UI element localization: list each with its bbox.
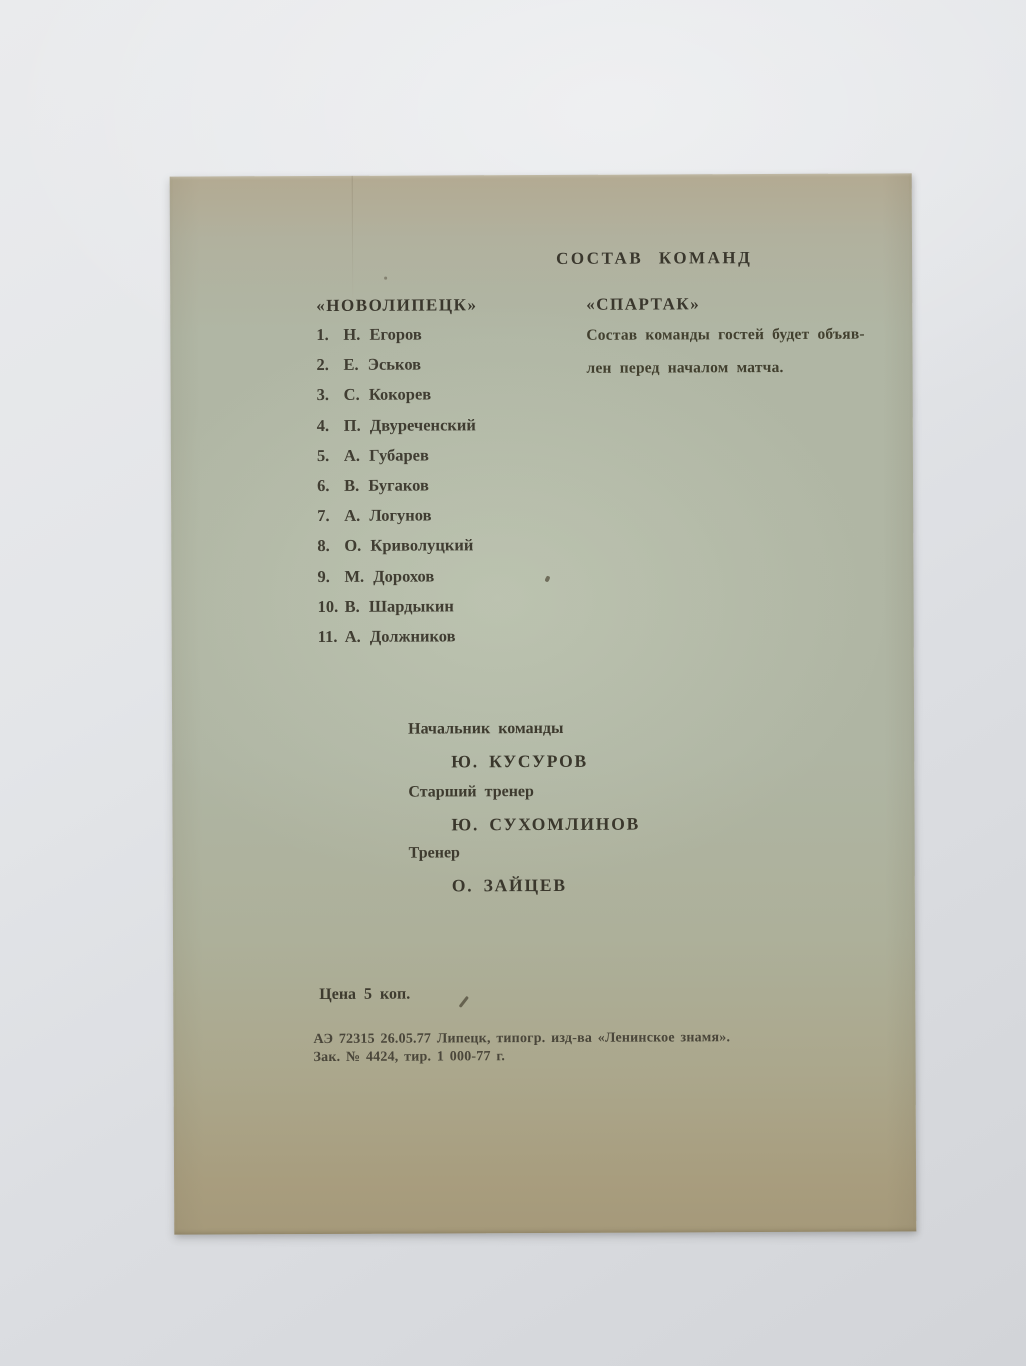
staff-role-manager: Начальник команды (408, 720, 563, 739)
player-number: 11. (318, 622, 345, 652)
player-number: 7. (317, 501, 344, 531)
player-number: 3. (317, 380, 344, 410)
imprint-line2: Зак. № 4424, тир. 1 000-77 г. (314, 1049, 506, 1066)
home-team-roster: 1.Н. Егоров 2.Е. Эськов 3.С. Кокорев 4.П… (316, 319, 477, 652)
player-name: А. Губарев (344, 445, 429, 464)
roster-row: 6.В. Бугаков (317, 470, 476, 501)
player-name: В. Бугаков (344, 476, 429, 495)
player-number: 10. (318, 592, 345, 622)
guest-team-note-line2: лен перед началом матча. (586, 359, 783, 378)
guest-team-note-line1: Состав команды гостей будет объяв- (586, 326, 864, 345)
programme-page: СОСТАВ КОМАНД «НОВОЛИПЕЦК» 1.Н. Егоров 2… (170, 173, 917, 1234)
staff-role-coach: Тренер (409, 844, 460, 862)
paper-speck (384, 277, 387, 280)
roster-row: 11.А. Должников (318, 621, 477, 652)
paper-speck (544, 575, 550, 582)
player-name: А. Логунов (344, 506, 431, 525)
page-title: СОСТАВ КОМАНД (556, 248, 752, 269)
paper-speck (459, 996, 469, 1008)
player-name: М. Дорохов (344, 566, 434, 585)
roster-row: 5.А. Губарев (317, 440, 476, 471)
player-number: 5. (317, 441, 344, 471)
player-number: 6. (317, 471, 344, 501)
paper-crease (352, 176, 354, 306)
player-name: Н. Егоров (343, 325, 421, 344)
photo-backdrop: СОСТАВ КОМАНД «НОВОЛИПЕЦК» 1.Н. Егоров 2… (0, 0, 1026, 1366)
player-name: Е. Эськов (343, 355, 421, 374)
player-number: 2. (316, 350, 343, 380)
roster-row: 4.П. Двуреченский (317, 410, 476, 441)
home-team-name: «НОВОЛИПЕЦК» (316, 295, 477, 316)
player-name: П. Двуреченский (344, 415, 476, 435)
roster-row: 7.А. Логунов (317, 501, 476, 532)
player-number: 8. (317, 531, 344, 561)
staff-role-head-coach: Старший тренер (408, 783, 534, 802)
roster-row: 8.О. Криволуцкий (317, 531, 476, 562)
guest-team-name: «СПАРТАК» (586, 294, 700, 314)
price-label: Цена 5 коп. (319, 986, 410, 1004)
staff-name-coach: О. ЗАЙЦЕВ (452, 875, 567, 897)
imprint-line1: АЭ 72315 26.05.77 Липецк, типогр. изд-ва… (313, 1030, 730, 1048)
player-number: 4. (317, 410, 344, 440)
roster-row: 3.С. Кокорев (317, 380, 476, 411)
player-name: В. Шардыкин (345, 596, 454, 615)
player-name: А. Должников (345, 626, 456, 645)
player-name: С. Кокорев (344, 385, 432, 404)
roster-row: 9.М. Дорохов (317, 561, 476, 592)
player-number: 9. (317, 561, 344, 591)
staff-name-head-coach: Ю. СУХОМЛИНОВ (451, 814, 640, 836)
staff-name-manager: Ю. КУСУРОВ (451, 751, 588, 773)
roster-row: 1.Н. Егоров (316, 319, 475, 350)
roster-row: 2.Е. Эськов (316, 349, 475, 380)
player-name: О. Криволуцкий (344, 536, 473, 556)
player-number: 1. (316, 320, 343, 350)
roster-row: 10.В. Шардыкин (318, 591, 477, 622)
